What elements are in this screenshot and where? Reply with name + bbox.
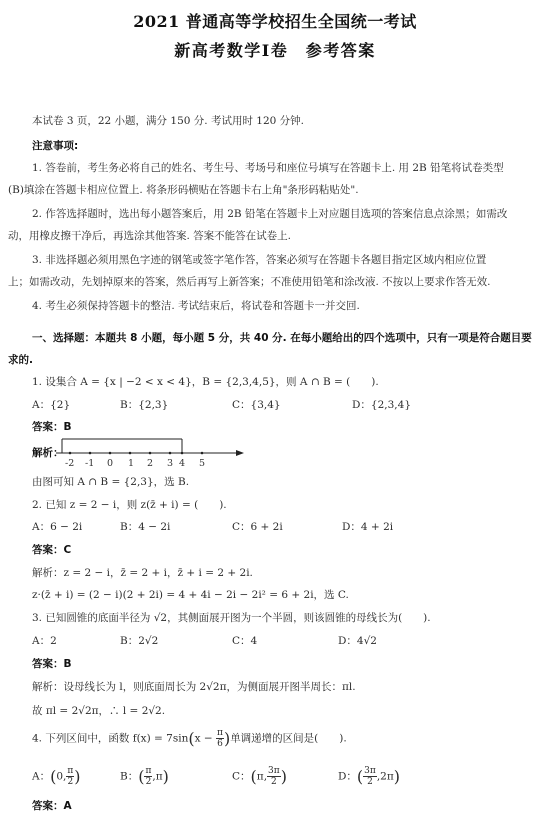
q3-option-a: A：2 xyxy=(32,633,57,648)
q2-option-b: B：4 − 2i xyxy=(120,519,170,534)
q3-option-d: D：4√2 xyxy=(338,633,377,648)
number-line-diagram: -2-101 2345 xyxy=(56,435,246,471)
q3-stem: 3. 已知圆锥的底面半径为 √2，其侧面展开图为一个半圆，则该圆锥的母线长为( … xyxy=(32,610,431,625)
q4-stem-suffix: 单调递增的区间是( ). xyxy=(230,733,347,745)
q3-analysis-2: 故 πl = 2√2π，∴ l = 2√2. xyxy=(32,703,165,718)
intro-text: 本试卷 3 页，22 小题，满分 150 分. 考试用时 120 分钟. xyxy=(32,113,304,128)
q1-option-b: B：{2,3} xyxy=(120,397,168,412)
q4-answer: 答案：A xyxy=(32,798,72,813)
note-4: 4. 考生必须保持答题卡的整洁. 考试结束后，将试卷和答题卡一并交回. xyxy=(32,298,360,313)
page-title-line2: 新高考数学Ⅰ卷 参考答案 xyxy=(0,38,550,61)
svg-text:4: 4 xyxy=(179,458,185,469)
q1-option-a: A：{2} xyxy=(32,397,70,412)
q4-stem-prefix: 4. 下列区间中，函数 f(x) = 7sin xyxy=(32,733,188,745)
q1-stem: 1. 设集合 A = {x | −2 < x < 4}，B = {2,3,4,5… xyxy=(32,374,379,389)
svg-text:-1: -1 xyxy=(85,458,94,469)
note-3b: 上；如需改动，先划掉原来的答案，然后再写上新答案；不准使用铅笔和涂改液. 不按以… xyxy=(8,274,491,289)
svg-text:2: 2 xyxy=(147,458,153,469)
q2-analysis-2: z·(z̄ + i) = (2 − i)(2 + 2i) = 4 + 4i − … xyxy=(32,587,349,602)
q1-option-c: C：{3,4} xyxy=(232,397,281,412)
q2-analysis-1: 解析：z = 2 − i，z̄ = 2 + i，z̄ + i = 2 + 2i. xyxy=(32,565,253,580)
svg-text:5: 5 xyxy=(199,458,205,469)
q1-analysis: 由图可知 A ∩ B = {2,3}，选 B. xyxy=(32,474,189,489)
section-heading-a: 一、选择题：本题共 8 小题，每小题 5 分，共 40 分. 在每小题给出的四个… xyxy=(32,330,532,345)
q2-answer: 答案：C xyxy=(32,542,71,557)
q3-analysis-1: 解析：设母线长为 l，则底面周长为 2√2π，为侧面展开图半周长：πl. xyxy=(32,679,356,694)
q1-answer: 答案：B xyxy=(32,419,72,434)
note-1b: (B)填涂在答题卡相应位置上. 将条形码横贴在答题卡右上角"条形码粘贴处". xyxy=(8,182,359,197)
q4-stem-inner: x − xyxy=(195,733,216,745)
q4-option-c: C：(π,3π2) xyxy=(232,766,287,787)
q4-option-b: B：(π2,π) xyxy=(120,766,169,787)
svg-text:3: 3 xyxy=(167,458,173,469)
q4-stem: 4. 下列区间中，函数 f(x) = 7sin(x − π6)单调递增的区间是(… xyxy=(32,728,347,749)
note-2b: 动，用橡皮擦干净后，再选涂其他答案. 答案不能答在试卷上. xyxy=(8,228,291,243)
section-heading-b: 求的. xyxy=(8,352,33,367)
notes-heading: 注意事项: xyxy=(32,138,78,153)
q3-option-c: C：4 xyxy=(232,633,257,648)
q2-stem: 2. 已知 z = 2 − i，则 z(z̄ + i) = ( ). xyxy=(32,497,227,512)
q4-option-a: A：(0,π2) xyxy=(32,766,81,787)
q2-option-d: D：4 + 2i xyxy=(342,519,393,534)
note-1a: 1. 答卷前，考生务必将自己的姓名、考生号、考场号和座位号填写在答题卡上. 用 … xyxy=(32,160,504,175)
svg-text:1: 1 xyxy=(128,458,134,469)
q3-answer: 答案：B xyxy=(32,656,72,671)
note-2a: 2. 作答选择题时，选出每小题答案后，用 2B 铅笔在答题卡上对应题目选项的答案… xyxy=(32,206,507,221)
svg-text:-2: -2 xyxy=(65,458,74,469)
svg-text:0: 0 xyxy=(107,458,113,469)
q2-option-a: A：6 − 2i xyxy=(32,519,82,534)
q1-option-d: D：{2,3,4} xyxy=(352,397,411,412)
q4-stem-fraction: π6 xyxy=(216,728,224,749)
page-title-line1: 2021 普通高等学校招生全国统一考试 xyxy=(0,9,550,32)
q4-option-d: D：(3π2,2π) xyxy=(338,766,400,787)
q3-option-b: B：2√2 xyxy=(120,633,158,648)
q2-option-c: C：6 + 2i xyxy=(232,519,283,534)
note-3a: 3. 非选择题必须用黑色字迹的钢笔或签字笔作答，答案必须写在答题卡各题目指定区域… xyxy=(32,252,486,267)
